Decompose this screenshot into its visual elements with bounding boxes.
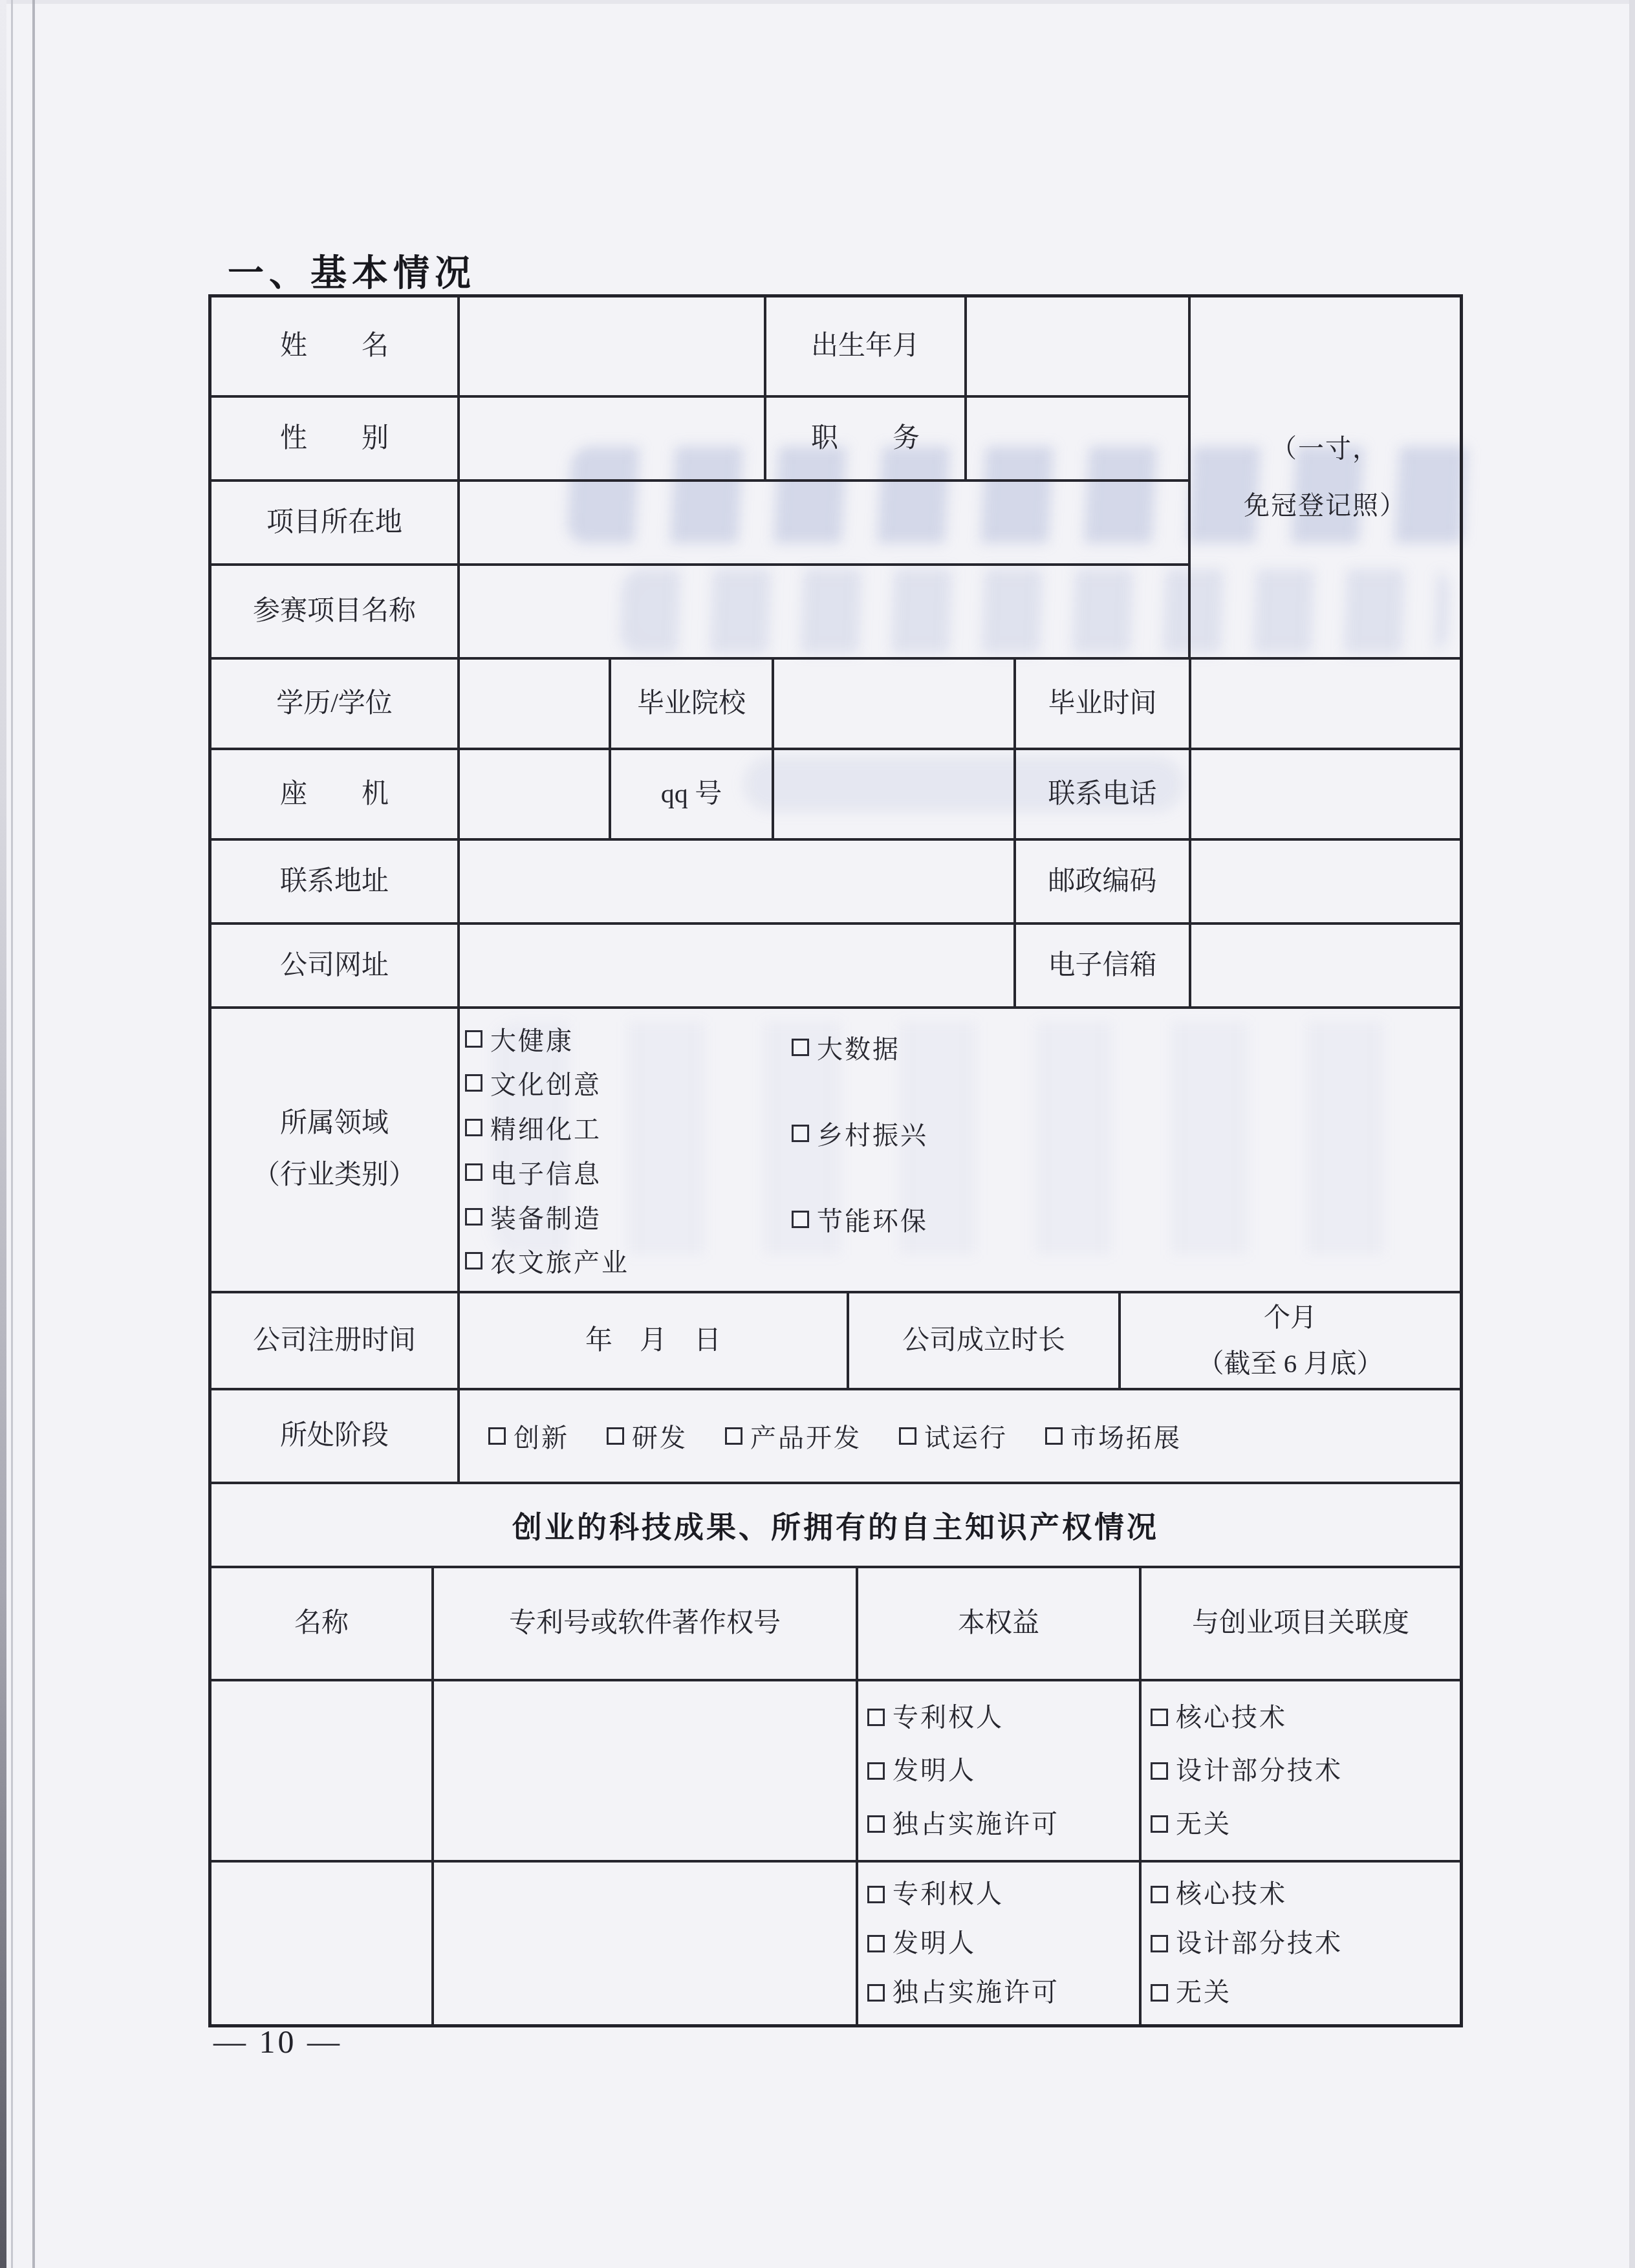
ip-patent-cell[interactable] bbox=[434, 1681, 858, 1860]
checkbox-label: 无关 bbox=[1176, 1975, 1231, 2010]
checkbox-label: 农文旅产业 bbox=[490, 1242, 629, 1279]
table-row: 参赛项目名称 bbox=[211, 566, 1188, 657]
checkbox-label: 专利权人 bbox=[893, 1877, 1004, 1912]
postcode-label: 邮政编码 bbox=[1016, 841, 1191, 922]
table-section-ip-title: 创业的科技成果、所拥有的自主知识产权情况 bbox=[211, 1484, 1460, 1568]
phone-label: 联系电话 bbox=[1016, 750, 1191, 838]
address-label: 联系地址 bbox=[211, 841, 460, 922]
graduation-label: 毕业时间 bbox=[1016, 660, 1191, 748]
checkbox-label: 无关 bbox=[1176, 1807, 1231, 1842]
reg-time-label: 公司注册时间 bbox=[211, 1293, 460, 1388]
scan-edge-left-band bbox=[0, 0, 6, 2268]
checkbox-option: 无关 bbox=[1151, 1975, 1231, 2010]
checkbox[interactable] bbox=[465, 1030, 482, 1048]
table-section-contact: 学历/学位 毕业院校 毕业时间 座 机 qq 号 联系电话 联系地址 bbox=[211, 660, 1460, 1009]
checkbox-label: 试运行 bbox=[924, 1418, 1008, 1454]
checkbox-option: 大数据 bbox=[792, 1029, 1460, 1066]
checkbox-option: 设计部分技术 bbox=[1151, 1926, 1343, 1961]
checkbox-label: 节能环保 bbox=[817, 1201, 928, 1238]
table-row: 座 机 qq 号 联系电话 bbox=[211, 750, 1460, 841]
checkbox-option: 无关 bbox=[1151, 1807, 1231, 1842]
checkbox-label: 独占实施许可 bbox=[893, 1807, 1059, 1842]
basic-info-table: 姓 名 出生年月 性 别 职 务 项目所在地 参赛项目名称 bbox=[208, 294, 1463, 2027]
checkbox-label: 核心技术 bbox=[1176, 1877, 1287, 1912]
section-title: 一、基本情况 bbox=[228, 244, 476, 296]
checkbox-option: 设计部分技术 bbox=[1151, 1753, 1343, 1788]
ip-section-title: 创业的科技成果、所拥有的自主知识产权情况 bbox=[211, 1484, 1460, 1566]
checkbox[interactable] bbox=[465, 1252, 482, 1269]
checkbox-label: 市场拓展 bbox=[1070, 1418, 1182, 1454]
checkbox[interactable] bbox=[867, 1935, 885, 1952]
project-name-label: 参赛项目名称 bbox=[211, 566, 460, 657]
stage-label: 所处阶段 bbox=[211, 1390, 460, 1482]
checkbox-option: 独占实施许可 bbox=[867, 1975, 1059, 2010]
checkbox-label: 产品开发 bbox=[750, 1418, 861, 1454]
duration-label: 公司成立时长 bbox=[849, 1293, 1121, 1388]
checkbox-option: 文化创意 bbox=[465, 1064, 792, 1101]
table-section-stage: 所处阶段 创新 研发 产品开发 试运行 bbox=[211, 1390, 1460, 1484]
ip-patent-cell[interactable] bbox=[434, 1863, 858, 2024]
ip-rights-options: 专利权人 发明人 独占实施许可 bbox=[858, 1681, 1139, 1860]
checkbox[interactable] bbox=[867, 1886, 885, 1903]
checkbox[interactable] bbox=[792, 1211, 809, 1228]
checkbox-option: 发明人 bbox=[867, 1926, 976, 1961]
ip-name-cell[interactable] bbox=[211, 1863, 434, 2024]
checkbox[interactable] bbox=[465, 1119, 482, 1136]
checkbox-option: 核心技术 bbox=[1151, 1700, 1287, 1735]
checkbox[interactable] bbox=[867, 1709, 885, 1726]
checkbox[interactable] bbox=[465, 1074, 482, 1092]
address-value-cell[interactable] bbox=[460, 841, 1016, 922]
checkbox-label: 设计部分技术 bbox=[1176, 1926, 1343, 1961]
checkbox-label: 研发 bbox=[632, 1418, 688, 1454]
checkbox-option: 乡村振兴 bbox=[792, 1115, 1460, 1152]
ip-header-relevance: 与创业项目关联度 bbox=[1142, 1568, 1460, 1679]
ip-table-row: 专利权人 发明人 独占实施许可 核心技术 设计部分技术 bbox=[211, 1863, 1460, 2024]
name-value-cell[interactable] bbox=[460, 297, 766, 395]
checkbox[interactable] bbox=[607, 1427, 624, 1445]
checkbox[interactable] bbox=[1151, 1935, 1168, 1952]
checkbox[interactable] bbox=[1151, 1984, 1168, 2002]
table-section-industry: 所属领域 （行业类别） 大健康 文化创意 精细化工 bbox=[211, 1009, 1460, 1293]
checkbox-label: 电子信息 bbox=[490, 1154, 601, 1191]
education-value-cell[interactable] bbox=[460, 660, 611, 748]
table-row: 公司网址 电子信箱 bbox=[211, 925, 1460, 1006]
ip-relevance-options: 核心技术 设计部分技术 无关 bbox=[1142, 1681, 1460, 1860]
checkbox[interactable] bbox=[725, 1427, 742, 1445]
checkbox-option: 独占实施许可 bbox=[867, 1807, 1059, 1842]
checkbox[interactable] bbox=[867, 1762, 885, 1780]
checkbox-label: 发明人 bbox=[893, 1926, 976, 1961]
checkbox-option: 精细化工 bbox=[465, 1109, 792, 1146]
birth-value-cell[interactable] bbox=[967, 297, 1188, 395]
page-number: — 10 — bbox=[213, 2023, 342, 2060]
checkbox-label: 创新 bbox=[514, 1418, 569, 1454]
checkbox[interactable] bbox=[867, 1815, 885, 1833]
landline-label: 座 机 bbox=[211, 750, 460, 838]
school-label: 毕业院校 bbox=[611, 660, 774, 748]
checkbox-option: 节能环保 bbox=[792, 1201, 1460, 1238]
checkbox[interactable] bbox=[1151, 1762, 1168, 1780]
checkbox-label: 装备制造 bbox=[490, 1198, 601, 1235]
checkbox-option: 发明人 bbox=[867, 1753, 976, 1788]
position-value-cell[interactable] bbox=[967, 398, 1188, 479]
checkbox[interactable] bbox=[792, 1039, 809, 1056]
checkbox-option: 产品开发 bbox=[725, 1418, 861, 1454]
checkbox[interactable] bbox=[1151, 1709, 1168, 1726]
stage-options: 创新 研发 产品开发 试运行 市场拓展 bbox=[460, 1390, 1460, 1482]
checkbox-label: 大数据 bbox=[817, 1029, 900, 1066]
checkbox[interactable] bbox=[867, 1984, 885, 2002]
industry-label-line2: （行业类别） bbox=[253, 1150, 416, 1202]
checkbox[interactable] bbox=[1151, 1815, 1168, 1833]
checkbox[interactable] bbox=[1045, 1427, 1063, 1445]
scanned-form-page: 一、基本情况 姓 名 出生年月 性 别 职 务 项目所在地 bbox=[0, 0, 1635, 2268]
checkbox[interactable] bbox=[1151, 1886, 1168, 1903]
gender-label: 性 别 bbox=[211, 398, 460, 479]
qq-label: qq 号 bbox=[611, 750, 774, 838]
photo-note-line2: 免冠登记照） bbox=[1244, 477, 1407, 534]
table-row: 姓 名 出生年月 bbox=[211, 297, 1188, 398]
table-row: 联系地址 邮政编码 bbox=[211, 841, 1460, 925]
scan-edge-top bbox=[0, 0, 1635, 4]
school-value-cell[interactable] bbox=[774, 660, 1016, 748]
graduation-value-cell[interactable] bbox=[1191, 660, 1460, 748]
checkbox-label: 发明人 bbox=[893, 1753, 976, 1788]
ip-header-rights: 本权益 bbox=[858, 1568, 1142, 1679]
photo-cell[interactable]: （一寸， 免冠登记照） bbox=[1188, 297, 1460, 657]
checkbox-option: 专利权人 bbox=[867, 1877, 1004, 1912]
table-section-registration: 公司注册时间 年 月 日 公司成立时长 个月 （截至 6 月底） bbox=[211, 1293, 1460, 1390]
duration-unit-line2: （截至 6 月底） bbox=[1198, 1346, 1383, 1381]
checkbox[interactable] bbox=[899, 1427, 916, 1445]
email-value-cell[interactable] bbox=[1191, 925, 1460, 1006]
table-row: 项目所在地 bbox=[211, 482, 1188, 566]
project-location-label: 项目所在地 bbox=[211, 482, 460, 563]
checkbox-label: 核心技术 bbox=[1176, 1700, 1287, 1735]
duration-unit: 个月 （截至 6 月底） bbox=[1198, 1300, 1383, 1382]
website-label: 公司网址 bbox=[211, 925, 460, 1006]
checkbox-label: 文化创意 bbox=[490, 1064, 601, 1101]
table-section-ip-header: 名称 专利号或软件著作权号 本权益 与创业项目关联度 bbox=[211, 1568, 1460, 1681]
checkbox-option: 农文旅产业 bbox=[465, 1242, 792, 1279]
ip-header-patent: 专利号或软件著作权号 bbox=[434, 1568, 858, 1679]
ip-header-name: 名称 bbox=[211, 1568, 434, 1679]
checkbox-option: 研发 bbox=[607, 1418, 688, 1454]
checkbox-label: 大健康 bbox=[490, 1021, 574, 1057]
table-row: 性 别 职 务 bbox=[211, 398, 1188, 482]
checkbox-option: 试运行 bbox=[899, 1418, 1008, 1454]
name-label: 姓 名 bbox=[211, 297, 460, 395]
qq-value-cell[interactable] bbox=[774, 750, 1016, 838]
project-location-value-cell[interactable] bbox=[460, 482, 1188, 563]
duration-value-cell[interactable]: 个月 （截至 6 月底） bbox=[1121, 1293, 1460, 1388]
reg-time-value-cell[interactable]: 年 月 日 bbox=[460, 1293, 849, 1388]
checkbox-option: 核心技术 bbox=[1151, 1877, 1287, 1912]
industry-label: 所属领域 （行业类别） bbox=[211, 1009, 460, 1291]
checkbox-label: 专利权人 bbox=[893, 1700, 1004, 1735]
checkbox-option: 装备制造 bbox=[465, 1198, 792, 1235]
email-label: 电子信箱 bbox=[1016, 925, 1191, 1006]
duration-unit-line1: 个月 bbox=[1264, 1300, 1317, 1335]
industry-label-line1: 所属领域 bbox=[280, 1098, 389, 1150]
position-label: 职 务 bbox=[766, 398, 967, 479]
ip-name-cell[interactable] bbox=[211, 1681, 434, 1860]
scan-edge-left-line2 bbox=[32, 0, 35, 2268]
checkbox-option: 创新 bbox=[488, 1418, 569, 1454]
industry-checkbox-group: 大健康 文化创意 精细化工 电子信息 bbox=[460, 1009, 1460, 1291]
ip-table-row: 专利权人 发明人 独占实施许可 核心技术 设计部分技术 bbox=[211, 1681, 1460, 1863]
photo-note-line1: （一寸， bbox=[1271, 420, 1380, 477]
industry-left-column: 大健康 文化创意 精细化工 电子信息 bbox=[465, 1013, 792, 1287]
checkbox[interactable] bbox=[488, 1427, 506, 1445]
table-row: 学历/学位 毕业院校 毕业时间 bbox=[211, 660, 1460, 750]
checkbox-label: 乡村振兴 bbox=[817, 1115, 928, 1152]
checkbox[interactable] bbox=[792, 1125, 809, 1142]
education-label: 学历/学位 bbox=[211, 660, 460, 748]
checkbox-option: 市场拓展 bbox=[1045, 1418, 1182, 1454]
ip-relevance-options: 核心技术 设计部分技术 无关 bbox=[1142, 1863, 1460, 2024]
checkbox-option: 大健康 bbox=[465, 1021, 792, 1057]
landline-value-cell[interactable] bbox=[460, 750, 611, 838]
checkbox[interactable] bbox=[465, 1163, 482, 1181]
checkbox-label: 独占实施许可 bbox=[893, 1975, 1059, 2010]
gender-value-cell[interactable] bbox=[460, 398, 766, 479]
scan-edge-right bbox=[1629, 0, 1635, 2268]
checkbox-option: 电子信息 bbox=[465, 1154, 792, 1191]
ip-rights-options: 专利权人 发明人 独占实施许可 bbox=[858, 1863, 1139, 2024]
checkbox-label: 设计部分技术 bbox=[1176, 1753, 1343, 1788]
postcode-value-cell[interactable] bbox=[1191, 841, 1460, 922]
project-name-value-cell[interactable] bbox=[460, 566, 1188, 657]
table-section-identity: 姓 名 出生年月 性 别 职 务 项目所在地 参赛项目名称 bbox=[211, 297, 1460, 660]
checkbox-option: 专利权人 bbox=[867, 1700, 1004, 1735]
birth-label: 出生年月 bbox=[766, 297, 967, 395]
scan-edge-left-line bbox=[11, 0, 13, 2268]
checkbox[interactable] bbox=[465, 1208, 482, 1226]
identity-left-block: 姓 名 出生年月 性 别 职 务 项目所在地 参赛项目名称 bbox=[211, 297, 1188, 657]
website-value-cell[interactable] bbox=[460, 925, 1016, 1006]
industry-right-column: 大数据 乡村振兴 节能环保 bbox=[792, 1013, 1460, 1287]
phone-value-cell[interactable] bbox=[1191, 750, 1460, 838]
checkbox-label: 精细化工 bbox=[490, 1109, 601, 1146]
